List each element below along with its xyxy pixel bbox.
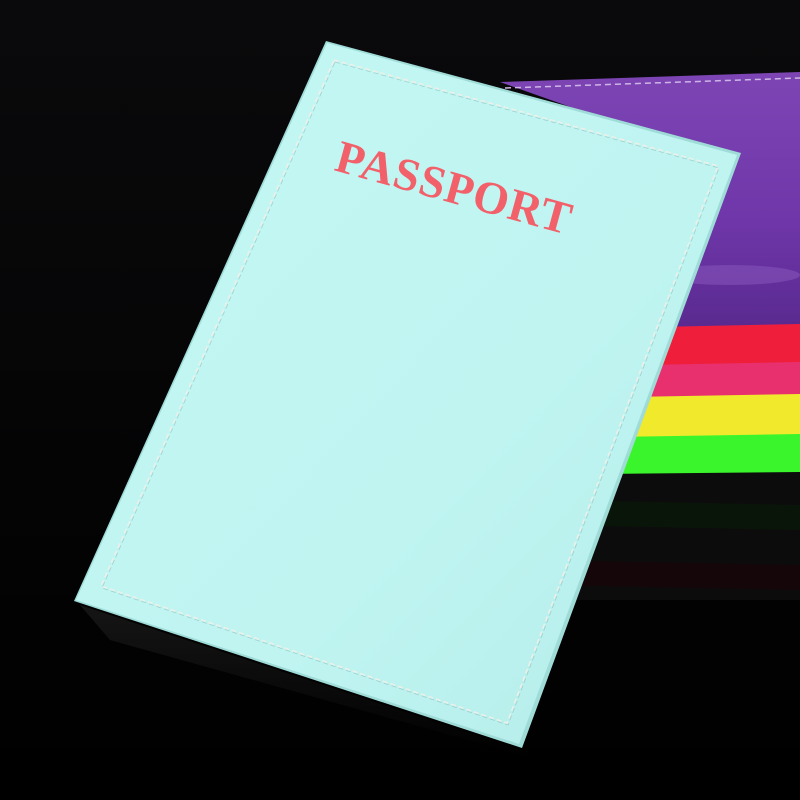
product-photo: PASSPORT bbox=[0, 0, 800, 800]
